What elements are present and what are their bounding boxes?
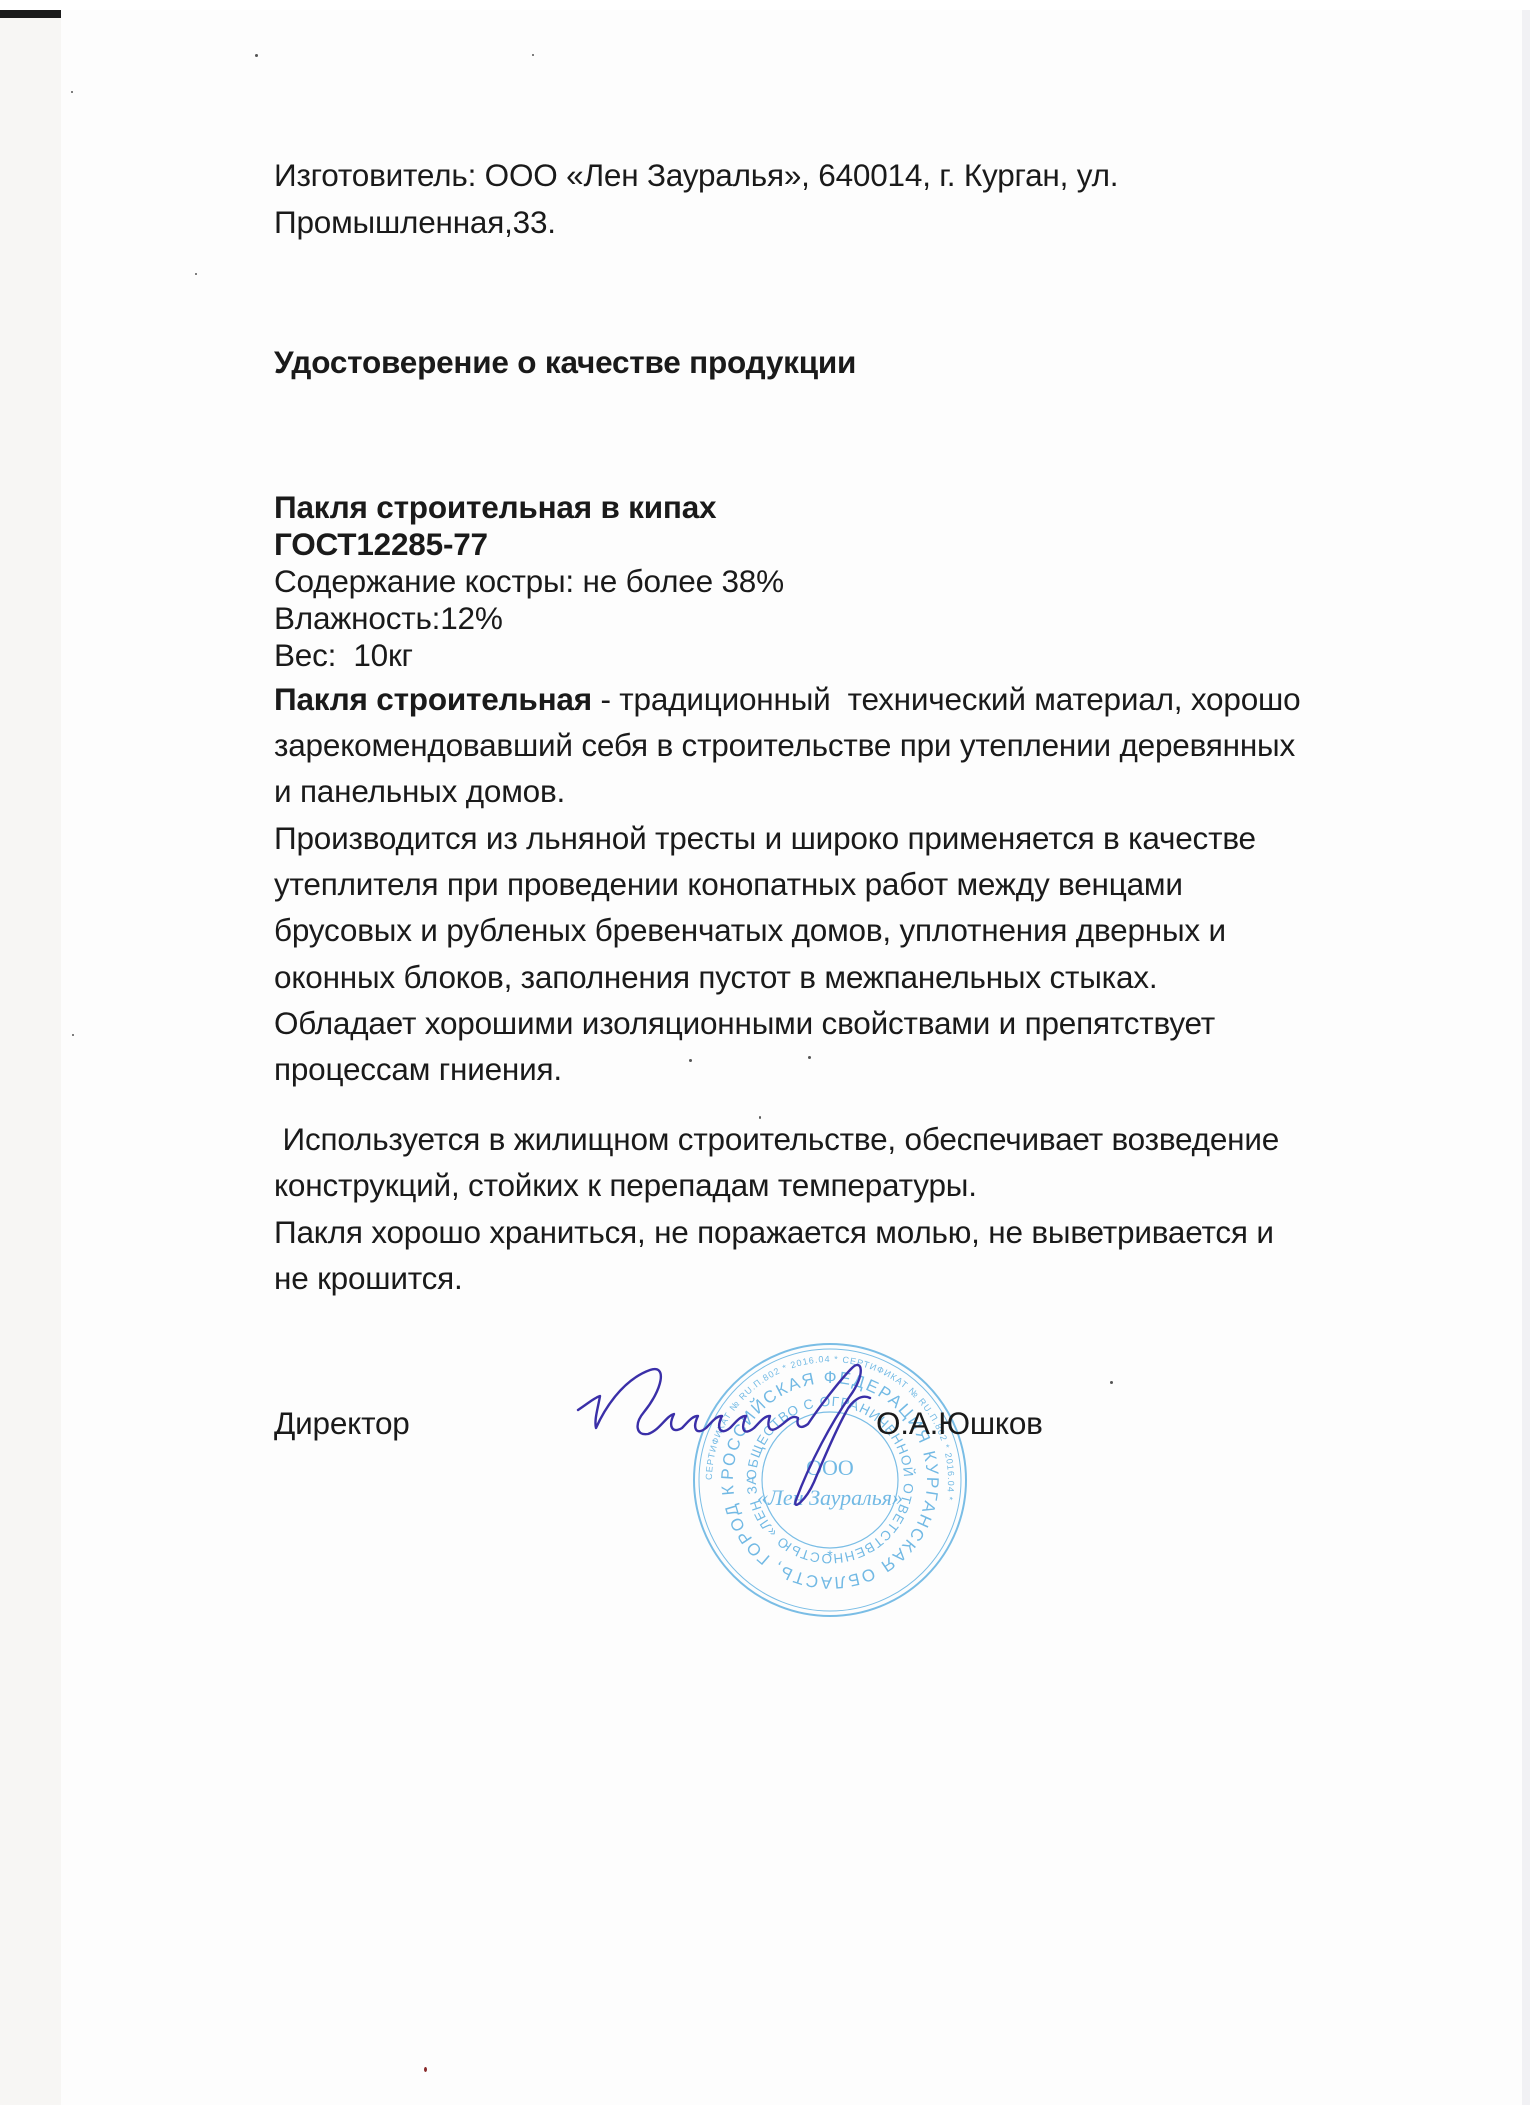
description-line: оконных блоков, заполнения пустот в межп… <box>274 959 1157 996</box>
scan-speck <box>759 1116 761 1119</box>
scan-speck <box>424 2067 427 2072</box>
svg-text:*: * <box>827 1547 833 1563</box>
scan-speck <box>689 1059 692 1062</box>
scan-edge-bar <box>0 10 61 18</box>
scan-border-top <box>0 0 1530 10</box>
description-lead: Пакля строительная - традиционный технич… <box>274 681 1300 718</box>
product-standard: ГОСТ12285-77 <box>274 526 488 563</box>
description-line: зарекомендовавший себя в строительстве п… <box>274 727 1295 764</box>
description-lead-rest: - традиционный технический материал, хор… <box>592 681 1301 717</box>
scan-speck <box>71 91 73 93</box>
spec-shive-content: Содержание костры: не более 38% <box>274 563 784 600</box>
description-line: брусовых и рубленых бревенчатых домов, у… <box>274 912 1226 949</box>
scan-speck <box>532 54 534 56</box>
spec-weight: Вес: 10кг <box>274 637 413 674</box>
scan-border-left <box>0 18 61 2105</box>
usage-line: Пакля хорошо храниться, не поражается мо… <box>274 1214 1274 1251</box>
scan-speck <box>255 54 258 57</box>
description-line: и панельных домов. <box>274 773 565 810</box>
scan-speck <box>1110 1381 1113 1384</box>
document-title: Удостоверение о качестве продукции <box>274 344 856 381</box>
scan-border-right <box>1522 10 1530 2105</box>
signatory-position: Директор <box>274 1405 410 1442</box>
description-lead-bold: Пакля строительная <box>274 681 592 717</box>
product-name: Пакля строительная в кипах <box>274 489 716 526</box>
scan-speck <box>72 1034 74 1036</box>
manufacturer-address-cont: Промышленная,33. <box>274 204 556 241</box>
description-line: утеплителя при проведении конопатных раб… <box>274 866 1183 903</box>
spec-moisture: Влажность:12% <box>274 600 503 637</box>
description-line: процессам гниения. <box>274 1051 562 1088</box>
usage-line: Используется в жилищном строительстве, о… <box>274 1121 1279 1158</box>
description-line: Производится из льняной тресты и широко … <box>274 820 1256 857</box>
signatory-name: О.А.Юшков <box>876 1405 1043 1442</box>
director-signature <box>570 1350 890 1520</box>
scan-speck <box>808 1056 811 1059</box>
usage-line: не крошится. <box>274 1260 463 1297</box>
description-line: Обладает хорошими изоляционными свойства… <box>274 1005 1215 1042</box>
manufacturer-address: Изготовитель: ООО «Лен Зауралья», 640014… <box>274 157 1118 194</box>
usage-line: конструкций, стойких к перепадам темпера… <box>274 1167 977 1204</box>
scan-speck <box>195 273 197 275</box>
